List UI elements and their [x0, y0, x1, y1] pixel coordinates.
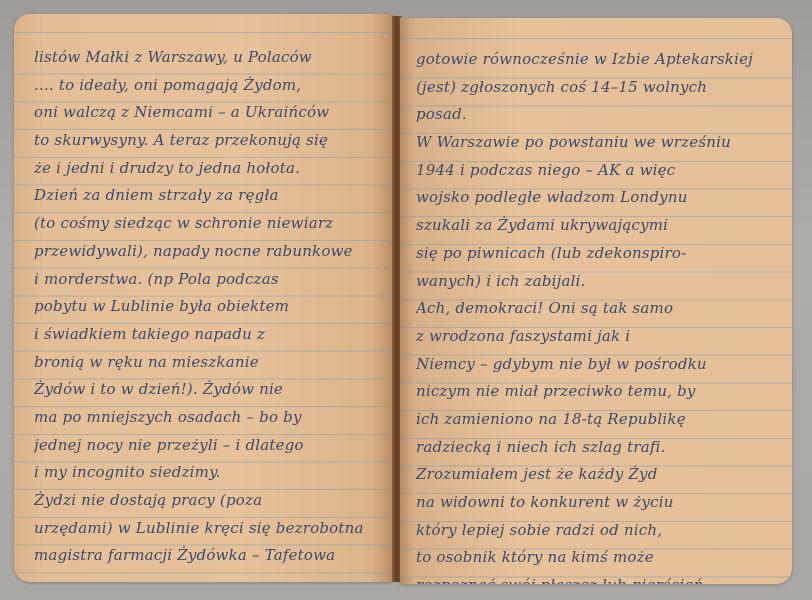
handwritten-line: wanych) i ich zabijali. [416, 268, 782, 296]
handwritten-line: W Warszawie po powstaniu we wrześniu [416, 129, 782, 157]
handwritten-line: na widowni to konkurent w życiu [416, 489, 782, 517]
handwritten-line: ich zamieniono na 18-tą Republikę [416, 406, 782, 434]
right-page: gotowie równocześnie w Izbie Aptekarskie… [400, 18, 792, 584]
handwritten-line: .... to ideały, oni pomagają Żydom, [34, 72, 384, 100]
handwritten-line: bronią w ręku na mieszkanie [34, 349, 384, 377]
handwritten-line: to osobnik który na kimś może [416, 544, 782, 572]
handwritten-line: i my incognito siedzimy. [34, 459, 384, 487]
handwritten-line: 1944 i podczas niego – AK a więc [416, 157, 782, 185]
notebook-spread: listów Małki z Warszawy, u Polaców .... … [14, 14, 792, 584]
handwritten-line: który lepiej sobie radzi od nich, [416, 517, 782, 545]
handwritten-line: niczym nie miał przeciwko temu, by [416, 378, 782, 406]
handwritten-line: radziecką i niech ich szlag trafi. [416, 434, 782, 462]
handwritten-line: Żydzi nie dostają pracy (poza [34, 487, 384, 515]
left-page: listów Małki z Warszawy, u Polaców .... … [14, 14, 394, 582]
handwritten-line: pobytu w Lublinie była obiektem [34, 293, 384, 321]
handwritten-line: Zrozumiałem jest że każdy Żyd [416, 461, 782, 489]
handwritten-line: i świadkiem takiego napadu z [34, 321, 384, 349]
handwritten-line: urzędami) w Lublinie kręci się bezrobotn… [34, 515, 384, 543]
handwritten-line: się po piwnicach (lub zdekonspiro- [416, 240, 782, 268]
handwritten-line: (to cośmy siedząc w schronie niewiarz [34, 210, 384, 238]
right-page-text: gotowie równocześnie w Izbie Aptekarskie… [416, 46, 782, 584]
handwritten-line: wojsko podległe władzom Londynu [416, 184, 782, 212]
handwritten-line: z wrodzona faszystami jak i [416, 323, 782, 351]
left-page-text: listów Małki z Warszawy, u Polaców .... … [34, 44, 384, 570]
handwritten-line: gotowie równocześnie w Izbie Aptekarskie… [416, 46, 782, 74]
handwritten-line: Niemcy – gdybym nie był w pośrodku [416, 351, 782, 379]
handwritten-line: listów Małki z Warszawy, u Polaców [34, 44, 384, 72]
handwritten-line: magistra farmacji Żydówka – Tafetowa [34, 542, 384, 570]
handwritten-line: oni walczą z Niemcami – a Ukraińców [34, 99, 384, 127]
handwritten-line: Ach, demokraci! Oni są tak samo [416, 295, 782, 323]
handwritten-line: Żydów i to w dzień!). Żydów nie [34, 376, 384, 404]
handwritten-line: przewidywali), napady nocne rabunkowe [34, 238, 384, 266]
handwritten-line: Dzień za dniem strzały za ręgła [34, 182, 384, 210]
handwritten-line: że i jedni i drudzy to jedna hołota. [34, 155, 384, 183]
handwritten-line: posad. [416, 101, 782, 129]
handwritten-line: to skurwysyny. A teraz przekonują się [34, 127, 384, 155]
handwritten-line: jednej nocy nie przeżyli – i dlatego [34, 432, 384, 460]
handwritten-line: (jest) zgłoszonych coś 14–15 wolnych [416, 74, 782, 102]
handwritten-line: szukali za Żydami ukrywającymi [416, 212, 782, 240]
handwritten-line: i morderstwa. (np Pola podczas [34, 266, 384, 294]
handwritten-line: ma po mniejszych osadach – bo by [34, 404, 384, 432]
handwritten-line: rozpoznać swój płaszcz lub pierścień [416, 572, 782, 584]
